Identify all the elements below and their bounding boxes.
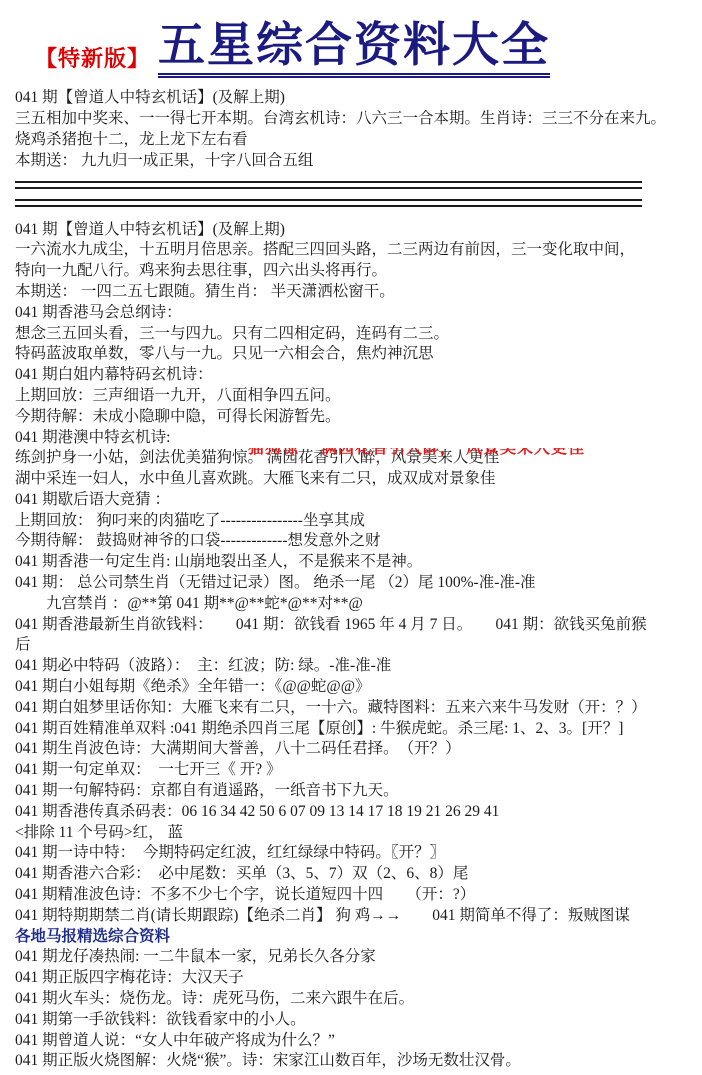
doc-line: 本期送： 一四二五七跟随。猜生肖： 半天潇洒松窗干。 <box>15 282 698 303</box>
doc-line-text: 本期送： 一四二五七跟随。猜生肖： 半天潇洒松窗干。 <box>15 283 395 300</box>
doc-line-text: 041 期： 总公司禁生肖（无错过记录）图。 绝杀一尾 （2）尾 100%-准-… <box>15 574 536 591</box>
doc-line-text: 041 期曾道人说：“女人中年破产将成为什么？” <box>15 1032 335 1049</box>
doc-line-text: 041 期白姐梦里话你知：大雁飞来有二只，一十六。藏特图料：五来六来牛马发财（开… <box>15 699 647 716</box>
doc-line-text: 今期待解： 鼓捣财神爷的口袋-------------想发意外之财 <box>15 532 380 549</box>
doc-line-text: 九宫禁肖 ：@**第 041 期**@**蛇*@**对**@ <box>15 595 363 612</box>
page-header: 【特新版】 五星综合资料大全 <box>15 22 698 78</box>
doc-line: 三五相加中奖来、一一得七开本期。台湾玄机诗：八六三一合本期。生肖诗：三三不分在来… <box>15 109 698 130</box>
doc-line: 特向一九配八行。鸡来狗去思往事，四六出头将再行。 <box>15 261 698 282</box>
doc-line: 后 <box>15 635 698 656</box>
edition-badge: 【特新版】 <box>35 42 150 73</box>
doc-line-text: 各地马报精选综合资料 <box>15 928 170 945</box>
doc-line: 练剑护身一小姑，剑法优美猫狗惊。 满园花香引人醉，风景美来人更佳猫狗惊〞 满园花… <box>15 448 698 469</box>
doc-line-text: 041 期一诗中特： 今期特码定红波，红红绿绿中特码。〖开？〗 <box>15 844 445 861</box>
doc-line: 上期回放： 狗叼来的肉猫吃了----------------坐享其成 <box>15 511 698 532</box>
doc-line-text: 041 期第一手欲钱料：欲钱看家中的小人。 <box>15 1011 306 1028</box>
doc-line-text: 041 期香港马会总纲诗： <box>15 304 182 321</box>
doc-line-text: 041 期香港六合彩： 必中尾数：买单（3、5、7）双（2、6、8）尾 <box>15 865 468 882</box>
doc-line-text: <排除 11 个号码>红， 蓝 <box>15 824 183 841</box>
doc-line-text: 想念三五回头看，三一与四九。只有二四相定码，连码有二三。 <box>15 325 449 342</box>
separator-rule <box>15 199 642 207</box>
doc-line-text: 041 期一句解特码：京都自有逍遥路，一纸音书下九天。 <box>15 782 399 799</box>
doc-line: 041 期生肖波色诗：大满期间大誉善，八十二码任君择。 （开？） <box>15 739 698 760</box>
doc-line: 041 期香港马会总纲诗： <box>15 303 698 324</box>
doc-line-text: 三五相加中奖来、一一得七开本期。台湾玄机诗：八六三一合本期。生肖诗：三三不分在来… <box>15 110 666 127</box>
doc-line-text: 一六流水九成尘，十五明月倍思亲。搭配三四回头路，二三两边有前因，三一变化取中间， <box>15 241 635 258</box>
doc-line: 041 期一句定单双： 一七开三《 开? 》 <box>15 760 698 781</box>
doc-line: 041 期香港传真杀码表：06 16 34 42 50 6 07 09 13 1… <box>15 802 698 823</box>
separator-rule <box>15 181 642 189</box>
doc-line: 湖中采连一妇人，水中鱼儿喜欢跳。大雁飞来有二只，成双成对景象佳 <box>15 469 698 490</box>
doc-line-text: 041 期正版火烧图解：火烧“猴”。诗：宋家江山数百年，沙场无数壮汉骨。 <box>15 1052 521 1069</box>
doc-line-text: 041 期生肖波色诗：大满期间大誉善，八十二码任君择。 （开？） <box>15 740 461 757</box>
doc-line: 041 期香港一句定生肖: 山崩地裂出圣人，不是猴来不是神。 <box>15 552 698 573</box>
doc-line: 041 期第一手欲钱料：欲钱看家中的小人。 <box>15 1010 698 1031</box>
doc-line: 特码蓝波取单数，零八与一九。只见一六相会合，焦灼神沉思 <box>15 344 698 365</box>
doc-line-text: 041 期白姐内幕特码玄机诗： <box>15 366 213 383</box>
doc-line-text: 今期待解：未成小隐聊中隐，可得长闲游暂先。 <box>15 408 341 425</box>
doc-line: 041 期白姐梦里话你知：大雁飞来有二只，一十六。藏特图料：五来六来牛马发财（开… <box>15 698 698 719</box>
doc-line-text: 041 期特期期禁二肖(请长期跟踪)【绝杀二肖】 狗 鸡→→ 041 期简单不得… <box>15 907 630 924</box>
doc-line: 041 期特期期禁二肖(请长期跟踪)【绝杀二肖】 狗 鸡→→ 041 期简单不得… <box>15 906 698 927</box>
doc-line: 041 期歇后语大竞猜 ： <box>15 490 698 511</box>
doc-line-text: 上期回放：三声细语一九开，八面相争四五问。 <box>15 387 341 404</box>
doc-line-text: 041 期歇后语大竞猜 ： <box>15 491 170 508</box>
doc-line-text: 烧鸡杀猪抱十二，龙上龙下左右看 <box>15 131 248 148</box>
doc-line: 041 期： 总公司禁生肖（无错过记录）图。 绝杀一尾 （2）尾 100%-准-… <box>15 573 698 594</box>
doc-line-text: 特码蓝波取单数，零八与一九。只见一六相会合，焦灼神沉思 <box>15 345 434 362</box>
doc-line: 041 期正版火烧图解：火烧“猴”。诗：宋家江山数百年，沙场无数壮汉骨。 <box>15 1051 698 1072</box>
doc-line: 041 期白姐内幕特码玄机诗： <box>15 365 698 386</box>
doc-line-text: 041 期必中特码（波路）： 主：红波；防: 绿。-准-准-准 <box>15 657 391 674</box>
doc-line-text: 041 期正版四字梅花诗：大汉天子 <box>15 969 244 986</box>
doc-line: 041 期港澳中特玄机诗: <box>15 428 698 449</box>
doc-line-text: 041 期百姓精准单双料 :041 期绝杀四肖三尾【原创】: 牛猴虎蛇。杀三尾:… <box>15 720 623 737</box>
doc-line: 今期待解： 鼓捣财神爷的口袋-------------想发意外之财 <box>15 531 698 552</box>
doc-line: 041 期香港六合彩： 必中尾数：买单（3、5、7）双（2、6、8）尾 <box>15 864 698 885</box>
doc-line: 041 期精准波色诗：不多不少七个字，说长道短四十四 （开：?） <box>15 885 698 906</box>
doc-line-text: 后 <box>15 636 31 653</box>
document-body: 041 期【曾道人中特玄机话】(及解上期)三五相加中奖来、一一得七开本期。台湾玄… <box>15 88 698 1072</box>
doc-line-text: 本期送： 九九归一成正果，十字八回合五组 <box>15 152 313 169</box>
doc-line: 一六流水九成尘，十五明月倍思亲。搭配三四回头路，二三两边有前因，三一变化取中间， <box>15 240 698 261</box>
doc-line-text: 041 期火车头：烧伤龙。诗：虎死马伤，二来六跟牛在后。 <box>15 990 414 1007</box>
doc-line-text: 041 期香港一句定生肖: 山崩地裂出圣人，不是猴来不是神。 <box>15 553 422 570</box>
doc-line: 041 期正版四字梅花诗：大汉天子 <box>15 968 698 989</box>
doc-line-text: 041 期龙仔凑热闹: 一二牛鼠本一家，兄弟长久各分家 <box>15 948 376 965</box>
doc-line: 041 期一诗中特： 今期特码定红波，红红绿绿中特码。〖开？〗 <box>15 843 698 864</box>
doc-line-text: 上期回放： 狗叼来的肉猫吃了----------------坐享其成 <box>15 512 365 529</box>
doc-line: 041 期一句解特码：京都自有逍遥路，一纸音书下九天。 <box>15 781 698 802</box>
doc-line: 想念三五回头看，三一与四九。只有二四相定码，连码有二三。 <box>15 324 698 345</box>
doc-line: 041 期必中特码（波路）： 主：红波；防: 绿。-准-准-准 <box>15 656 698 677</box>
doc-line-text: 041 期一句定单双： 一七开三《 开? 》 <box>15 761 282 778</box>
doc-line: 今期待解：未成小隐聊中隐，可得长闲游暂先。 <box>15 407 698 428</box>
doc-line: 041 期香港最新生肖欲钱料： 041 期：欲钱看 1965 年 4 月 7 日… <box>15 615 698 636</box>
doc-line-text: 041 期香港传真杀码表：06 16 34 42 50 6 07 09 13 1… <box>15 803 499 820</box>
doc-line-text: 041 期精准波色诗：不多不少七个字，说长道短四十四 （开：?） <box>15 886 475 903</box>
doc-line: 041 期【曾道人中特玄机话】(及解上期) <box>15 220 698 241</box>
doc-line: 上期回放：三声细语一九开，八面相争四五问。 <box>15 386 698 407</box>
doc-line-text: 041 期【曾道人中特玄机话】(及解上期) <box>15 89 285 106</box>
doc-line: 041 期【曾道人中特玄机话】(及解上期) <box>15 88 698 109</box>
doc-line: 041 期百姓精准单双料 :041 期绝杀四肖三尾【原创】: 牛猴虎蛇。杀三尾:… <box>15 719 698 740</box>
doc-line-text: 湖中采连一妇人，水中鱼儿喜欢跳。大雁飞来有二只，成双成对景象佳 <box>15 470 496 487</box>
doc-line: <排除 11 个号码>红， 蓝 <box>15 823 698 844</box>
doc-line: 九宫禁肖 ：@**第 041 期**@**蛇*@**对**@ <box>15 594 698 615</box>
doc-line: 041 期白小姐每期《绝杀》全年错一：《@@蛇@@》 <box>15 677 698 698</box>
doc-line-text: 特向一九配八行。鸡来狗去思往事，四六出头将再行。 <box>15 262 387 279</box>
doc-line-text: 041 期港澳中特玄机诗: <box>15 429 170 446</box>
doc-line: 041 期火车头：烧伤龙。诗：虎死马伤，二来六跟牛在后。 <box>15 989 698 1010</box>
page-title: 五星综合资料大全 <box>158 22 550 78</box>
doc-line-text: 041 期【曾道人中特玄机话】(及解上期) <box>15 221 285 238</box>
doc-line: 041 期龙仔凑热闹: 一二牛鼠本一家，兄弟长久各分家 <box>15 947 698 968</box>
doc-line-text: 041 期香港最新生肖欲钱料： 041 期：欲钱看 1965 年 4 月 7 日… <box>15 616 647 633</box>
page: 【特新版】 五星综合资料大全 041 期【曾道人中特玄机话】(及解上期)三五相加… <box>0 0 702 1072</box>
doc-line: 烧鸡杀猪抱十二，龙上龙下左右看 <box>15 130 698 151</box>
doc-line: 各地马报精选综合资料 <box>15 927 698 948</box>
doc-line-text: 041 期白小姐每期《绝杀》全年错一：《@@蛇@@》 <box>15 678 370 695</box>
doc-line: 041 期曾道人说：“女人中年破产将成为什么？” <box>15 1031 698 1052</box>
doc-line: 本期送： 九九归一成正果，十字八回合五组 <box>15 151 698 172</box>
